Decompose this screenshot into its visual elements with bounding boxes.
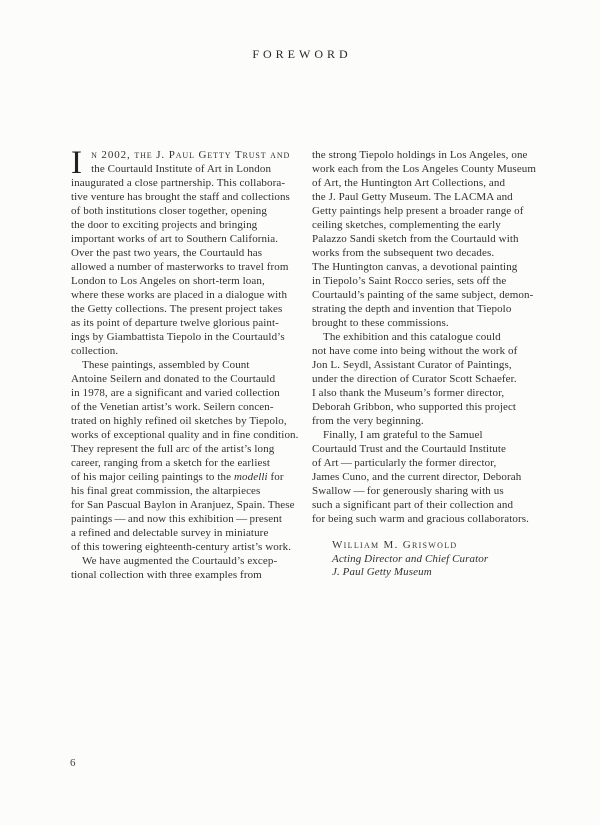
text-line: ings by Giambattista Tiepolo in the Cour…: [71, 330, 309, 344]
text-line: Courtauld’s painting of the same subject…: [312, 288, 554, 302]
text-line: of his major ceiling paintings to the mo…: [71, 470, 309, 484]
text-line: James Cuno, and the current director, De…: [312, 470, 554, 484]
left-column: In 2002, the J. Paul Getty Trust andthe …: [71, 148, 309, 582]
text-line: work each from the Los Angeles County Mu…: [312, 162, 554, 176]
drop-cap: I: [71, 148, 91, 176]
text-line: under the direction of Curator Scott Sch…: [312, 372, 554, 386]
text-line: the Getty collections. The present proje…: [71, 302, 309, 316]
text-line: Deborah Gribbon, who supported this proj…: [312, 400, 554, 414]
text-line: a refined and delectable survey in minia…: [71, 526, 309, 540]
text-line: as its point of departure twelve gloriou…: [71, 316, 309, 330]
signature-museum: J. Paul Getty Museum: [332, 566, 554, 580]
text-line: Palazzo Sandi sketch from the Courtauld …: [312, 232, 554, 246]
paragraph: Finally, I am grateful to the SamuelCour…: [312, 428, 554, 526]
text-line: of both institutions closer together, op…: [71, 204, 309, 218]
text-line: trated on highly refined oil sketches by…: [71, 414, 309, 428]
text-line: The Huntington canvas, a devotional pain…: [312, 260, 554, 274]
text-line: his final great commission, the altarpie…: [71, 484, 309, 498]
paragraph: the strong Tiepolo holdings in Los Angel…: [312, 148, 554, 330]
signature-block: William M. Griswold Acting Director and …: [332, 539, 554, 580]
text-line: Finally, I am grateful to the Samuel: [312, 428, 554, 442]
text-line: in Tiepolo’s Saint Rocco series, sets of…: [312, 274, 554, 288]
right-column-paragraphs: the strong Tiepolo holdings in Los Angel…: [312, 148, 554, 526]
text-line: tional collection with three examples fr…: [71, 568, 309, 582]
text-line: from the very beginning.: [312, 414, 554, 428]
text-line: for San Pascual Baylon in Aranjuez, Spai…: [71, 498, 309, 512]
signature-role: Acting Director and Chief Curator: [332, 553, 554, 567]
text-line: not have come into being without the wor…: [312, 344, 554, 358]
text-line: collection.: [71, 344, 309, 358]
text-line: Getty paintings help present a broader r…: [312, 204, 554, 218]
paragraph: These paintings, assembled by CountAntoi…: [71, 358, 309, 554]
text-line: ceiling sketches, complementing the earl…: [312, 218, 554, 232]
text-line: strating the depth and invention that Ti…: [312, 302, 554, 316]
right-column: the strong Tiepolo holdings in Los Angel…: [312, 148, 554, 580]
text-line: London to Los Angeles on short-term loan…: [71, 274, 309, 288]
text-line: such a significant part of their collect…: [312, 498, 554, 512]
text-line: inaugurated a close partnership. This co…: [71, 176, 309, 190]
text-line: important works of art to Southern Calif…: [71, 232, 309, 246]
page-title: FOREWORD: [0, 47, 600, 62]
text-line: allowed a number of masterworks to trave…: [71, 260, 309, 274]
text-line: of the Venetian artist’s work. Seilern c…: [71, 400, 309, 414]
paragraph: The exhibition and this catalogue couldn…: [312, 330, 554, 428]
text-line: paintings — and now this exhibition — pr…: [71, 512, 309, 526]
text-line: where these works are placed in a dialog…: [71, 288, 309, 302]
signature-name: William M. Griswold: [332, 539, 554, 553]
text-line: Antoine Seilern and donated to the Court…: [71, 372, 309, 386]
text-line: the J. Paul Getty Museum. The LACMA and: [312, 190, 554, 204]
text-line: They represent the full arc of the artis…: [71, 442, 309, 456]
paragraph: We have augmented the Courtauld’s excep-…: [71, 554, 309, 582]
text-line: Over the past two years, the Courtauld h…: [71, 246, 309, 260]
text-line: works of exceptional quality and in fine…: [71, 428, 309, 442]
book-page: FOREWORD In 2002, the J. Paul Getty Trus…: [0, 0, 600, 825]
text-line: Courtauld Trust and the Courtauld Instit…: [312, 442, 554, 456]
text-line: These paintings, assembled by Count: [71, 358, 309, 372]
text-line: Jon L. Seydl, Assistant Curator of Paint…: [312, 358, 554, 372]
text-line: the door to exciting projects and bringi…: [71, 218, 309, 232]
text-line: career, ranging from a sketch for the ea…: [71, 456, 309, 470]
text-line: tive venture has brought the staff and c…: [71, 190, 309, 204]
text-line: in 1978, are a significant and varied co…: [71, 386, 309, 400]
text-line: of Art, the Huntington Art Collections, …: [312, 176, 554, 190]
text-line: brought to these commissions.: [312, 316, 554, 330]
text-line: Swallow — for generously sharing with us: [312, 484, 554, 498]
text-line: We have augmented the Courtauld’s excep-: [71, 554, 309, 568]
text-line: I also thank the Museum’s former directo…: [312, 386, 554, 400]
text-line: n 2002, the J. Paul Getty Trust and: [71, 148, 309, 162]
text-line: of this towering eighteenth-century arti…: [71, 540, 309, 554]
left-column-paragraphs: In 2002, the J. Paul Getty Trust andthe …: [71, 148, 309, 582]
text-line: the strong Tiepolo holdings in Los Angel…: [312, 148, 554, 162]
page-number: 6: [70, 757, 76, 769]
paragraph: In 2002, the J. Paul Getty Trust andthe …: [71, 148, 309, 358]
text-line: works from the subsequent two decades.: [312, 246, 554, 260]
text-line: The exhibition and this catalogue could: [312, 330, 554, 344]
text-line: the Courtauld Institute of Art in London: [71, 162, 309, 176]
text-line: of Art — particularly the former directo…: [312, 456, 554, 470]
text-line: for being such warm and gracious collabo…: [312, 512, 554, 526]
